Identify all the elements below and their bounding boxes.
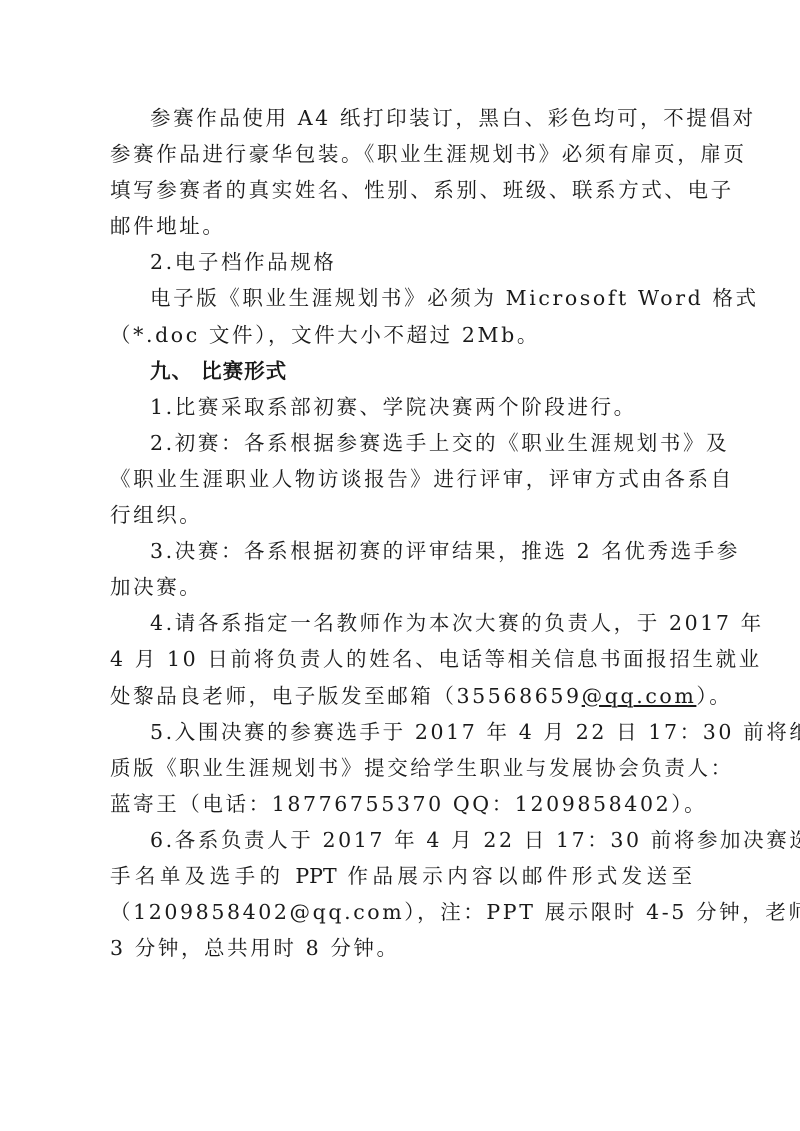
text-segment: 处黎品良老师，电子版发至邮箱（35568659 xyxy=(110,684,582,708)
list-item-1: 1.比赛采取系部初赛、学院决赛两个阶段进行。 xyxy=(110,389,692,425)
list-item-5: 5.入围决赛的参赛选手于 2017 年 4 月 22 日 17：30 前将纸 质… xyxy=(110,714,692,822)
text-line: 加决赛。 xyxy=(110,569,692,605)
text-line: 2.初赛：各系根据参赛选手上交的《职业生涯规划书》及 xyxy=(110,425,692,461)
text-line: 3 分钟，总共用时 8 分钟。 xyxy=(110,930,692,966)
text-line: 6.各系负责人于 2017 年 4 月 22 日 17：30 前将参加决赛选 xyxy=(110,822,692,858)
text-line: 处黎品良老师，电子版发至邮箱（35568659@qq.com）。 xyxy=(110,678,692,714)
text-line: 质版《职业生涯规划书》提交给学生职业与发展协会负责人： xyxy=(110,750,692,786)
text-line: 《职业生涯职业人物访谈报告》进行评审，评审方式由各系自 xyxy=(110,461,692,497)
list-item-2: 2.初赛：各系根据参赛选手上交的《职业生涯规划书》及 《职业生涯职业人物访谈报告… xyxy=(110,425,692,533)
text-line: 手名单及选手的 PPT 作品展示内容以邮件形式发送至 xyxy=(110,858,692,894)
paragraph-print-spec: 参赛作品使用 A4 纸打印装订，黑白、彩色均可，不提倡对 参赛作品进行豪华包装。… xyxy=(110,100,692,244)
text-line: 蓝寄王（电话：18776755370 QQ：1209858402）。 xyxy=(110,786,692,822)
text-line: （1209858402@qq.com），注：PPT 展示限时 4-5 分钟，老师… xyxy=(110,894,692,930)
text-line: 邮件地址。 xyxy=(110,208,692,244)
email-link[interactable]: @qq.com xyxy=(582,684,697,708)
section-heading-competition-format: 九、 比赛形式 xyxy=(110,353,692,389)
text-line: 电子版《职业生涯规划书》必须为 Microsoft Word 格式 xyxy=(110,280,692,316)
text-line: 4.请各系指定一名教师作为本次大赛的负责人，于 2017 年 xyxy=(110,605,692,641)
list-item-6: 6.各系负责人于 2017 年 4 月 22 日 17：30 前将参加决赛选 手… xyxy=(110,822,692,966)
text-line: 参赛作品进行豪华包装。《职业生涯规划书》必须有扉页，扉页 xyxy=(110,136,692,172)
list-item-3: 3.决赛：各系根据初赛的评审结果，推选 2 名优秀选手参 加决赛。 xyxy=(110,533,692,605)
text-line: 参赛作品使用 A4 纸打印装订，黑白、彩色均可，不提倡对 xyxy=(110,100,692,136)
text-segment: ）。 xyxy=(696,684,732,708)
text-line: 4 月 10 日前将负责人的姓名、电话等相关信息书面报招生就业 xyxy=(110,641,692,677)
paragraph-electronic-spec: 电子版《职业生涯规划书》必须为 Microsoft Word 格式 （*.doc… xyxy=(110,280,692,352)
subheading-electronic-spec: 2.电子档作品规格 xyxy=(110,244,692,280)
text-line: 行组织。 xyxy=(110,497,692,533)
text-line: （*.doc 文件），文件大小不超过 2Mb。 xyxy=(110,317,692,353)
text-line: 5.入围决赛的参赛选手于 2017 年 4 月 22 日 17：30 前将纸 xyxy=(110,714,692,750)
text-line: 填写参赛者的真实姓名、性别、系别、班级、联系方式、电子 xyxy=(110,172,692,208)
list-item-4: 4.请各系指定一名教师作为本次大赛的负责人，于 2017 年 4 月 10 日前… xyxy=(110,605,692,713)
text-line: 3.决赛：各系根据初赛的评审结果，推选 2 名优秀选手参 xyxy=(110,533,692,569)
document-page: 参赛作品使用 A4 纸打印装订，黑白、彩色均可，不提倡对 参赛作品进行豪华包装。… xyxy=(110,100,692,966)
